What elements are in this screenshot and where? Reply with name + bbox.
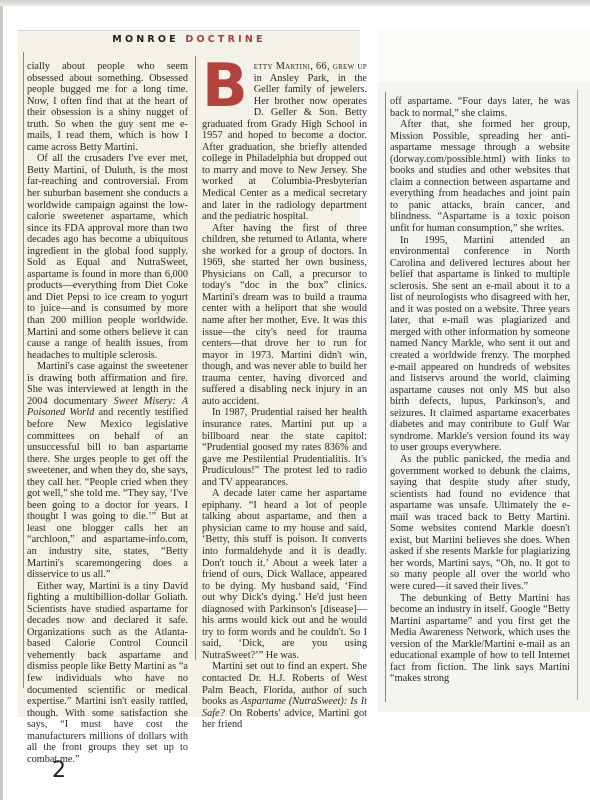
- header-doctrine: DOCTRINE: [185, 34, 265, 45]
- paragraph: In 1995, Martini attended an environment…: [390, 235, 570, 454]
- scan-top-strip: [0, 0, 590, 6]
- paragraph: Betty Martini, 66, grew up in Ansley Par…: [202, 61, 367, 223]
- column-rule-right: [385, 92, 386, 702]
- paragraph: Of all the crusaders I've ever met, Bett…: [27, 153, 188, 361]
- lead-in: etty Martini, 66, grew up: [254, 61, 367, 72]
- scan-left-edge: [0, 0, 3, 800]
- paragraph: off aspartame. “Four days later, he was …: [390, 96, 570, 119]
- clipping-right-top: [378, 30, 590, 84]
- article-column-3: off aspartame. “Four days later, he was …: [390, 96, 570, 685]
- column-rule-middle: [195, 56, 196, 660]
- column-rule-left: [23, 52, 24, 688]
- clipping-right-border: [577, 90, 578, 700]
- paragraph: The debunking of Betty Martini has becom…: [390, 593, 570, 685]
- paragraph: Martini set out to find an expert. She c…: [202, 661, 367, 730]
- handwritten-page-number: 2: [52, 758, 66, 783]
- paragraph: As the public panicked, the media and go…: [390, 454, 570, 593]
- article-column-2: Betty Martini, 66, grew up in Ansley Par…: [202, 61, 367, 731]
- paragraph: Either way, Martini is a tiny David figh…: [27, 581, 188, 766]
- drop-cap: B: [202, 63, 248, 111]
- paragraph: After that, she formed her group, Missio…: [390, 119, 570, 234]
- paragraph: cially about people who seem obsessed ab…: [27, 61, 188, 153]
- paragraph: After having the first of three children…: [202, 223, 367, 408]
- paragraph: A decade later came her aspartame epipha…: [202, 488, 367, 661]
- section-header: MONROE DOCTRINE: [18, 34, 360, 45]
- article-column-1: cially about people who seem obsessed ab…: [27, 61, 188, 765]
- paragraph: In 1987, Prudential raised her health in…: [202, 407, 367, 488]
- header-monroe: MONROE: [112, 34, 179, 45]
- paragraph: Martini's case against the sweetener is …: [27, 361, 188, 580]
